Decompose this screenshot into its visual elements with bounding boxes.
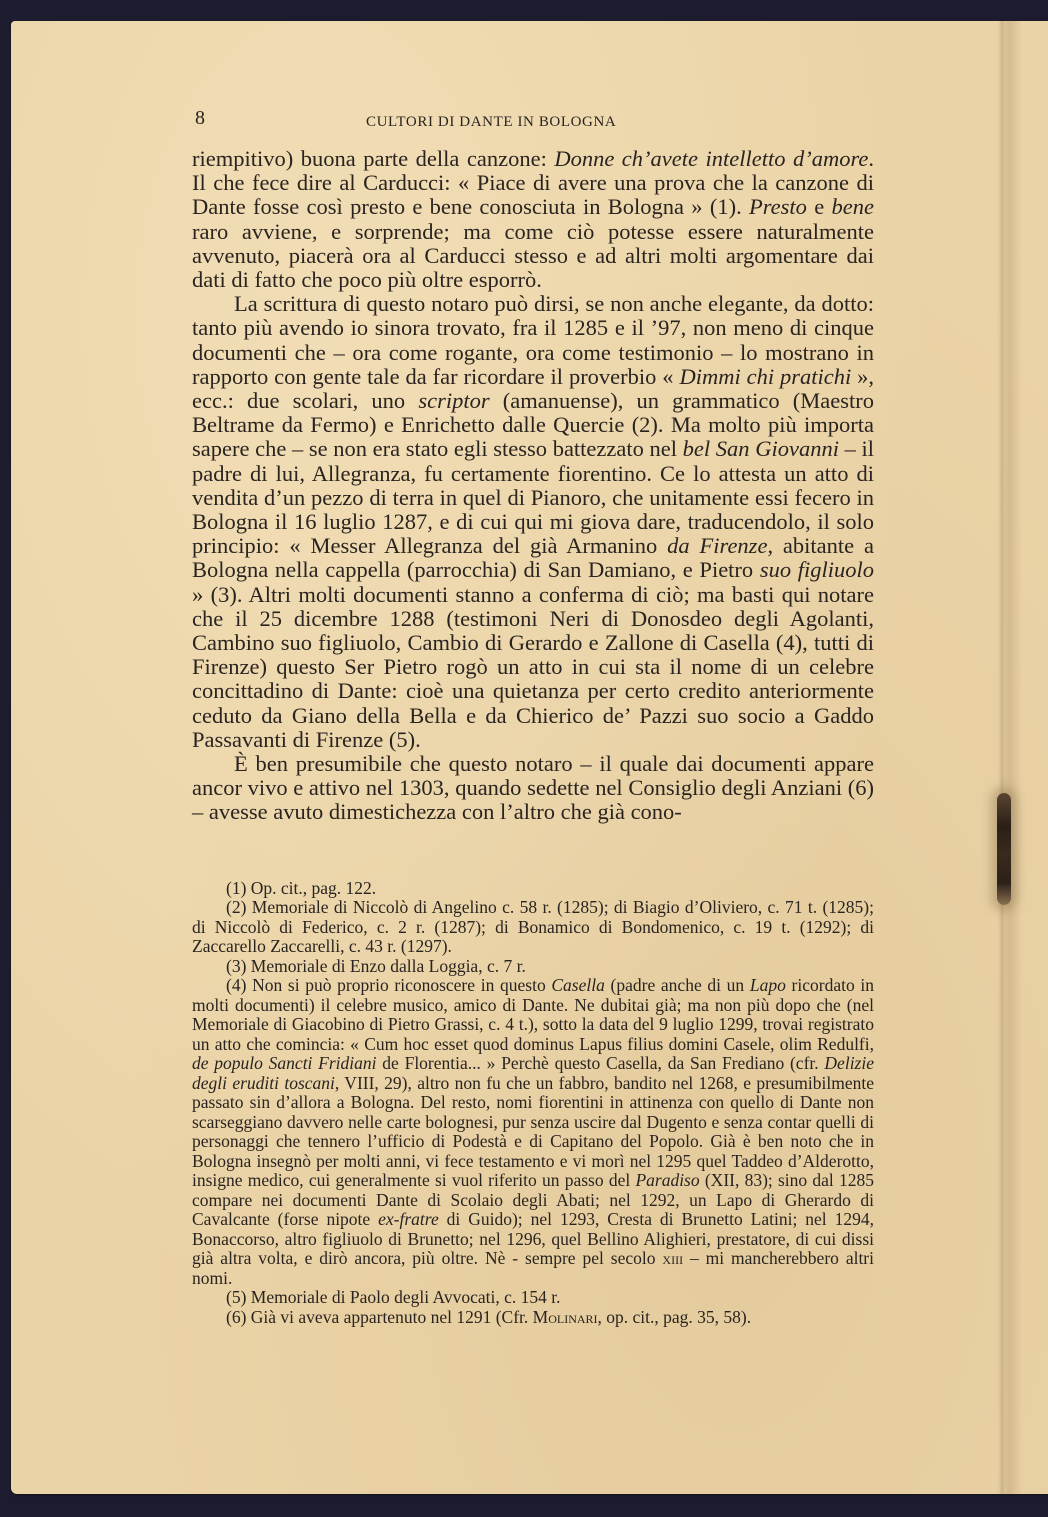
footnote: (3) Memoriale di Enzo dalla Loggia, c. 7…: [192, 957, 874, 977]
footnote: (1) Op. cit., pag. 122.: [192, 879, 874, 899]
italic-text: de populo Sancti Fridiani: [192, 1053, 377, 1073]
body-text: riempitivo) buona parte della canzone: D…: [192, 147, 874, 825]
footnote: (2) Memoriale di Niccolò di Angelino c. …: [192, 898, 874, 957]
binding-crease: [999, 21, 1005, 1494]
book-page: 8 CULTORI DI DANTE IN BOLOGNA riempitivo…: [11, 21, 1048, 1494]
text-run: (4) Non si può proprio riconoscere in qu…: [226, 975, 551, 995]
text-run: È ben presumibile che questo notaro – il…: [192, 751, 874, 824]
text-run: riempitivo) buona parte della canzone:: [192, 146, 554, 171]
text-run: de Florentia... » Perchè questo Casella,…: [377, 1053, 825, 1073]
text-run: (2) Memoriale di Niccolò di Angelino c. …: [192, 897, 874, 956]
text-run: (5) Memoriale di Paolo degli Avvocati, c…: [226, 1287, 561, 1307]
italic-text: Donne ch’avete intelletto d’amore: [554, 146, 868, 171]
italic-text: ex-fratre: [378, 1209, 439, 1229]
text-run: » (3). Altri molti documenti stanno a co…: [192, 582, 874, 752]
italic-text: bel San Giovanni: [683, 436, 839, 461]
body-paragraph: riempitivo) buona parte della canzone: D…: [192, 147, 874, 292]
text-run: (6) Già vi aveva appartenuto nel 1291 (C…: [226, 1307, 533, 1327]
footnote: (6) Già vi aveva appartenuto nel 1291 (C…: [192, 1308, 874, 1328]
italic-text: Dimmi chi pratichi: [679, 364, 851, 389]
text-run: (1) Op. cit., pag. 122.: [226, 878, 376, 898]
italic-text: bene: [832, 194, 874, 219]
text-run: (padre anche di un: [605, 975, 750, 995]
page-number: 8: [195, 107, 206, 130]
italic-text: Casella: [551, 975, 604, 995]
text-run: e: [807, 194, 832, 219]
italic-text: scriptor: [418, 388, 489, 413]
text-run: raro avviene, e sorprende; ma come ciò p…: [192, 219, 874, 292]
page-content: 8 CULTORI DI DANTE IN BOLOGNA riempitivo…: [192, 107, 874, 1327]
footnote: (4) Non si può proprio riconoscere in qu…: [192, 976, 874, 1288]
running-head: 8 CULTORI DI DANTE IN BOLOGNA: [192, 107, 874, 133]
italic-text: Paradiso: [635, 1170, 699, 1190]
small-caps-text: Molinari: [533, 1307, 598, 1327]
italic-text: da Firenze: [667, 533, 767, 558]
body-paragraph: È ben presumibile che questo notaro – il…: [192, 752, 874, 825]
footnotes: (1) Op. cit., pag. 122. (2) Memoriale di…: [192, 879, 874, 1328]
italic-text: Lapo: [750, 975, 786, 995]
italic-text: suo figliuolo: [760, 557, 874, 582]
running-title: CULTORI DI DANTE IN BOLOGNA: [366, 114, 616, 131]
binding-stain: [997, 793, 1011, 905]
footnote: (5) Memoriale di Paolo degli Avvocati, c…: [192, 1288, 874, 1308]
italic-text: Presto: [749, 194, 807, 219]
small-caps-text: xiii: [662, 1248, 683, 1268]
text-run: , op. cit., pag. 35, 58).: [598, 1307, 752, 1327]
body-paragraph: La scrittura di questo notaro può dirsi,…: [192, 292, 874, 752]
text-run: (3) Memoriale di Enzo dalla Loggia, c. 7…: [226, 956, 526, 976]
